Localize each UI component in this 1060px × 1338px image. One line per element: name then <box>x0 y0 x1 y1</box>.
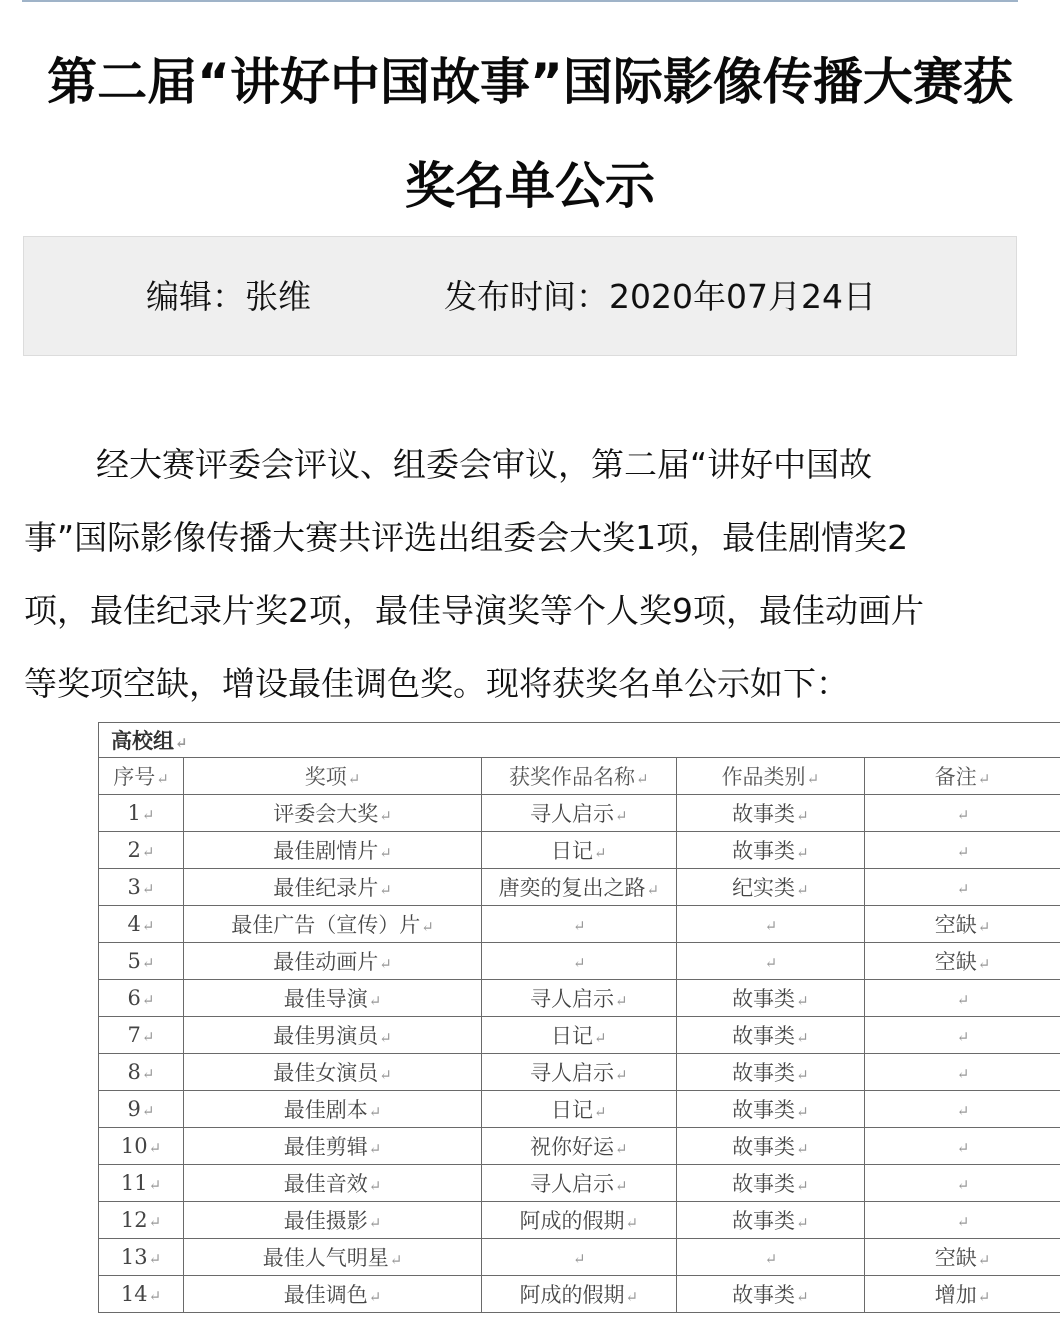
table-row: 3↵最佳纪录片↵唐奕的复出之路↵纪实类↵↵ <box>99 869 1060 906</box>
header-seq: 序号↵ <box>99 758 184 795</box>
return-mark-icon: ↵ <box>379 1066 392 1084</box>
return-mark-icon: ↵ <box>142 991 155 1009</box>
return-mark-icon: ↵ <box>594 1029 607 1047</box>
return-mark-icon: ↵ <box>796 1140 809 1158</box>
return-mark-icon: ↵ <box>647 881 660 899</box>
cell-note: ↵ <box>865 869 1060 906</box>
return-mark-icon: ↵ <box>796 1177 809 1195</box>
return-mark-icon: ↵ <box>957 1176 970 1194</box>
intro-line: 项，最佳纪录片奖2项，最佳导演奖等个人奖9项，最佳动画片 <box>24 574 1024 647</box>
table-row: 12↵最佳摄影↵阿成的假期↵故事类↵↵ <box>99 1202 1060 1239</box>
return-mark-icon: ↵ <box>957 991 970 1009</box>
return-mark-icon: ↵ <box>149 1213 162 1231</box>
return-mark-icon: ↵ <box>369 992 382 1010</box>
cell-seq: 12↵ <box>99 1202 184 1239</box>
cell-category: 故事类↵ <box>676 1091 865 1128</box>
return-mark-icon: ↵ <box>615 1177 628 1195</box>
cell-work: 阿成的假期↵ <box>482 1276 677 1313</box>
cell-award: 最佳女演员↵ <box>184 1054 482 1091</box>
cell-seq: 9↵ <box>99 1091 184 1128</box>
return-mark-icon: ↵ <box>379 844 392 862</box>
header-work: 获奖作品名称↵ <box>482 758 677 795</box>
cell-work: 祝你好运↵ <box>482 1128 677 1165</box>
award-table: 高校组↵ 序号↵ 奖项↵ 获奖作品名称↵ 作品类别↵ 备注↵ 1↵评委会大奖↵寻… <box>98 722 1060 1313</box>
cell-seq: 11↵ <box>99 1165 184 1202</box>
cell-work: ↵ <box>482 943 677 980</box>
cell-award: 最佳剧本↵ <box>184 1091 482 1128</box>
cell-work: 寻人启示↵ <box>482 1054 677 1091</box>
header-note: 备注↵ <box>865 758 1060 795</box>
cell-seq: 6↵ <box>99 980 184 1017</box>
cell-category: 故事类↵ <box>676 1128 865 1165</box>
table-row: 14↵最佳调色↵阿成的假期↵故事类↵增加↵ <box>99 1276 1060 1313</box>
cell-seq: 1↵ <box>99 795 184 832</box>
cell-work: 日记↵ <box>482 832 677 869</box>
return-mark-icon: ↵ <box>175 734 188 752</box>
return-mark-icon: ↵ <box>796 844 809 862</box>
cell-award: 最佳男演员↵ <box>184 1017 482 1054</box>
cell-category: 故事类↵ <box>676 1276 865 1313</box>
return-mark-icon: ↵ <box>957 843 970 861</box>
table-row: 7↵最佳男演员↵日记↵故事类↵↵ <box>99 1017 1060 1054</box>
return-mark-icon: ↵ <box>369 1140 382 1158</box>
cell-seq: 7↵ <box>99 1017 184 1054</box>
editor-label: 编辑：张维 <box>146 275 311 319</box>
cell-category: ↵ <box>676 906 865 943</box>
table-row: 2↵最佳剧情片↵日记↵故事类↵↵ <box>99 832 1060 869</box>
return-mark-icon: ↵ <box>348 770 361 788</box>
return-mark-icon: ↵ <box>957 806 970 824</box>
return-mark-icon: ↵ <box>369 1177 382 1195</box>
return-mark-icon: ↵ <box>573 954 586 972</box>
return-mark-icon: ↵ <box>626 1214 639 1232</box>
return-mark-icon: ↵ <box>379 807 392 825</box>
cell-category: 故事类↵ <box>676 1017 865 1054</box>
cell-award: 最佳人气明星↵ <box>184 1239 482 1276</box>
return-mark-icon: ↵ <box>796 881 809 899</box>
cell-work: ↵ <box>482 1239 677 1276</box>
return-mark-icon: ↵ <box>149 1287 162 1305</box>
return-mark-icon: ↵ <box>142 843 155 861</box>
cell-category: 故事类↵ <box>676 1054 865 1091</box>
cell-seq: 10↵ <box>99 1128 184 1165</box>
return-mark-icon: ↵ <box>796 807 809 825</box>
return-mark-icon: ↵ <box>765 917 778 935</box>
table-header-row: 序号↵ 奖项↵ 获奖作品名称↵ 作品类别↵ 备注↵ <box>99 758 1060 795</box>
cell-award: 评委会大奖↵ <box>184 795 482 832</box>
cell-work: 寻人启示↵ <box>482 980 677 1017</box>
return-mark-icon: ↵ <box>142 954 155 972</box>
cell-work: 日记↵ <box>482 1017 677 1054</box>
cell-award: 最佳导演↵ <box>184 980 482 1017</box>
return-mark-icon: ↵ <box>957 1102 970 1120</box>
return-mark-icon: ↵ <box>142 1065 155 1083</box>
cell-award: 最佳调色↵ <box>184 1276 482 1313</box>
return-mark-icon: ↵ <box>379 1029 392 1047</box>
cell-work: 阿成的假期↵ <box>482 1202 677 1239</box>
group-label: 高校组 <box>111 728 174 753</box>
cell-work: ↵ <box>482 906 677 943</box>
article-meta-box: 编辑：张维 发布时间：2020年07月24日 <box>23 236 1017 356</box>
return-mark-icon: ↵ <box>149 1139 162 1157</box>
cell-work: 唐奕的复出之路↵ <box>482 869 677 906</box>
cell-work: 寻人启示↵ <box>482 795 677 832</box>
return-mark-icon: ↵ <box>615 992 628 1010</box>
return-mark-icon: ↵ <box>615 807 628 825</box>
return-mark-icon: ↵ <box>379 955 392 973</box>
table-row: 10↵最佳剪辑↵祝你好运↵故事类↵↵ <box>99 1128 1060 1165</box>
return-mark-icon: ↵ <box>142 806 155 824</box>
return-mark-icon: ↵ <box>957 1065 970 1083</box>
cell-category: 故事类↵ <box>676 832 865 869</box>
return-mark-icon: ↵ <box>573 917 586 935</box>
return-mark-icon: ↵ <box>978 955 991 973</box>
return-mark-icon: ↵ <box>796 1066 809 1084</box>
cell-award: 最佳广告（宣传）片↵ <box>184 906 482 943</box>
return-mark-icon: ↵ <box>626 1288 639 1306</box>
return-mark-icon: ↵ <box>594 844 607 862</box>
table-row: 9↵最佳剧本↵日记↵故事类↵↵ <box>99 1091 1060 1128</box>
cell-seq: 14↵ <box>99 1276 184 1313</box>
return-mark-icon: ↵ <box>796 1288 809 1306</box>
return-mark-icon: ↵ <box>807 770 820 788</box>
cell-seq: 4↵ <box>99 906 184 943</box>
return-mark-icon: ↵ <box>765 1250 778 1268</box>
table-row: 6↵最佳导演↵寻人启示↵故事类↵↵ <box>99 980 1060 1017</box>
return-mark-icon: ↵ <box>142 1028 155 1046</box>
cell-note: ↵ <box>865 1017 1060 1054</box>
return-mark-icon: ↵ <box>149 1176 162 1194</box>
return-mark-icon: ↵ <box>957 880 970 898</box>
return-mark-icon: ↵ <box>796 1103 809 1121</box>
cell-category: 故事类↵ <box>676 1165 865 1202</box>
group-row: 高校组↵ <box>99 723 1060 758</box>
cell-note: 空缺↵ <box>865 1239 1060 1276</box>
cell-note: ↵ <box>865 795 1060 832</box>
return-mark-icon: ↵ <box>142 880 155 898</box>
cell-note: ↵ <box>865 1202 1060 1239</box>
cell-award: 最佳纪录片↵ <box>184 869 482 906</box>
cell-note: ↵ <box>865 832 1060 869</box>
return-mark-icon: ↵ <box>978 770 991 788</box>
return-mark-icon: ↵ <box>636 770 649 788</box>
table-row: 8↵最佳女演员↵寻人启示↵故事类↵↵ <box>99 1054 1060 1091</box>
page-title: 第二届“讲好中国故事”国际影像传播大赛获 奖名单公示 <box>0 30 1060 238</box>
cell-seq: 5↵ <box>99 943 184 980</box>
cell-work: 寻人启示↵ <box>482 1165 677 1202</box>
return-mark-icon: ↵ <box>573 1250 586 1268</box>
return-mark-icon: ↵ <box>142 917 155 935</box>
cell-seq: 13↵ <box>99 1239 184 1276</box>
table-row: 1↵评委会大奖↵寻人启示↵故事类↵↵ <box>99 795 1060 832</box>
cell-note: ↵ <box>865 1091 1060 1128</box>
return-mark-icon: ↵ <box>369 1288 382 1306</box>
return-mark-icon: ↵ <box>615 1066 628 1084</box>
return-mark-icon: ↵ <box>957 1213 970 1231</box>
cell-note: ↵ <box>865 980 1060 1017</box>
return-mark-icon: ↵ <box>421 918 434 936</box>
return-mark-icon: ↵ <box>796 1214 809 1232</box>
return-mark-icon: ↵ <box>615 1140 628 1158</box>
cell-award: 最佳摄影↵ <box>184 1202 482 1239</box>
return-mark-icon: ↵ <box>796 1029 809 1047</box>
header-category: 作品类别↵ <box>676 758 865 795</box>
return-mark-icon: ↵ <box>594 1103 607 1121</box>
cell-note: 空缺↵ <box>865 943 1060 980</box>
cell-seq: 3↵ <box>99 869 184 906</box>
intro-line: 经大赛评委会评议、组委会审议，第二届“讲好中国故 <box>24 428 1024 501</box>
return-mark-icon: ↵ <box>369 1103 382 1121</box>
title-line-2: 奖名单公示 <box>0 134 1060 238</box>
intro-paragraph: 经大赛评委会评议、组委会审议，第二届“讲好中国故 事”国际影像传播大赛共评选出组… <box>24 428 1024 720</box>
return-mark-icon: ↵ <box>156 770 169 788</box>
top-divider <box>22 0 1018 2</box>
return-mark-icon: ↵ <box>957 1028 970 1046</box>
cell-category: 纪实类↵ <box>676 869 865 906</box>
cell-category: ↵ <box>676 943 865 980</box>
cell-note: ↵ <box>865 1128 1060 1165</box>
title-line-1: 第二届“讲好中国故事”国际影像传播大赛获 <box>0 30 1060 134</box>
intro-line: 等奖项空缺，增设最佳调色奖。现将获奖名单公示如下： <box>24 647 1024 720</box>
cell-award: 最佳动画片↵ <box>184 943 482 980</box>
return-mark-icon: ↵ <box>379 881 392 899</box>
publish-time-label: 发布时间：2020年07月24日 <box>444 275 876 319</box>
return-mark-icon: ↵ <box>978 918 991 936</box>
group-label-cell: 高校组↵ <box>99 723 1060 758</box>
table-row: 11↵最佳音效↵寻人启示↵故事类↵↵ <box>99 1165 1060 1202</box>
cell-category: ↵ <box>676 1239 865 1276</box>
return-mark-icon: ↵ <box>369 1214 382 1232</box>
return-mark-icon: ↵ <box>142 1102 155 1120</box>
cell-note: ↵ <box>865 1054 1060 1091</box>
return-mark-icon: ↵ <box>957 1139 970 1157</box>
return-mark-icon: ↵ <box>978 1251 991 1269</box>
intro-line: 事”国际影像传播大赛共评选出组委会大奖1项，最佳剧情奖2 <box>24 501 1024 574</box>
cell-category: 故事类↵ <box>676 980 865 1017</box>
cell-award: 最佳剪辑↵ <box>184 1128 482 1165</box>
cell-award: 最佳音效↵ <box>184 1165 482 1202</box>
table-row: 13↵最佳人气明星↵↵↵空缺↵ <box>99 1239 1060 1276</box>
cell-category: 故事类↵ <box>676 1202 865 1239</box>
cell-award: 最佳剧情片↵ <box>184 832 482 869</box>
cell-note: 空缺↵ <box>865 906 1060 943</box>
return-mark-icon: ↵ <box>149 1250 162 1268</box>
cell-work: 日记↵ <box>482 1091 677 1128</box>
return-mark-icon: ↵ <box>978 1288 991 1306</box>
cell-note: ↵ <box>865 1165 1060 1202</box>
cell-category: 故事类↵ <box>676 795 865 832</box>
return-mark-icon: ↵ <box>796 992 809 1010</box>
table-row: 4↵最佳广告（宣传）片↵↵↵空缺↵ <box>99 906 1060 943</box>
return-mark-icon: ↵ <box>390 1251 403 1269</box>
header-award: 奖项↵ <box>184 758 482 795</box>
return-mark-icon: ↵ <box>765 954 778 972</box>
cell-seq: 8↵ <box>99 1054 184 1091</box>
cell-seq: 2↵ <box>99 832 184 869</box>
table-row: 5↵最佳动画片↵↵↵空缺↵ <box>99 943 1060 980</box>
cell-note: 增加↵ <box>865 1276 1060 1313</box>
